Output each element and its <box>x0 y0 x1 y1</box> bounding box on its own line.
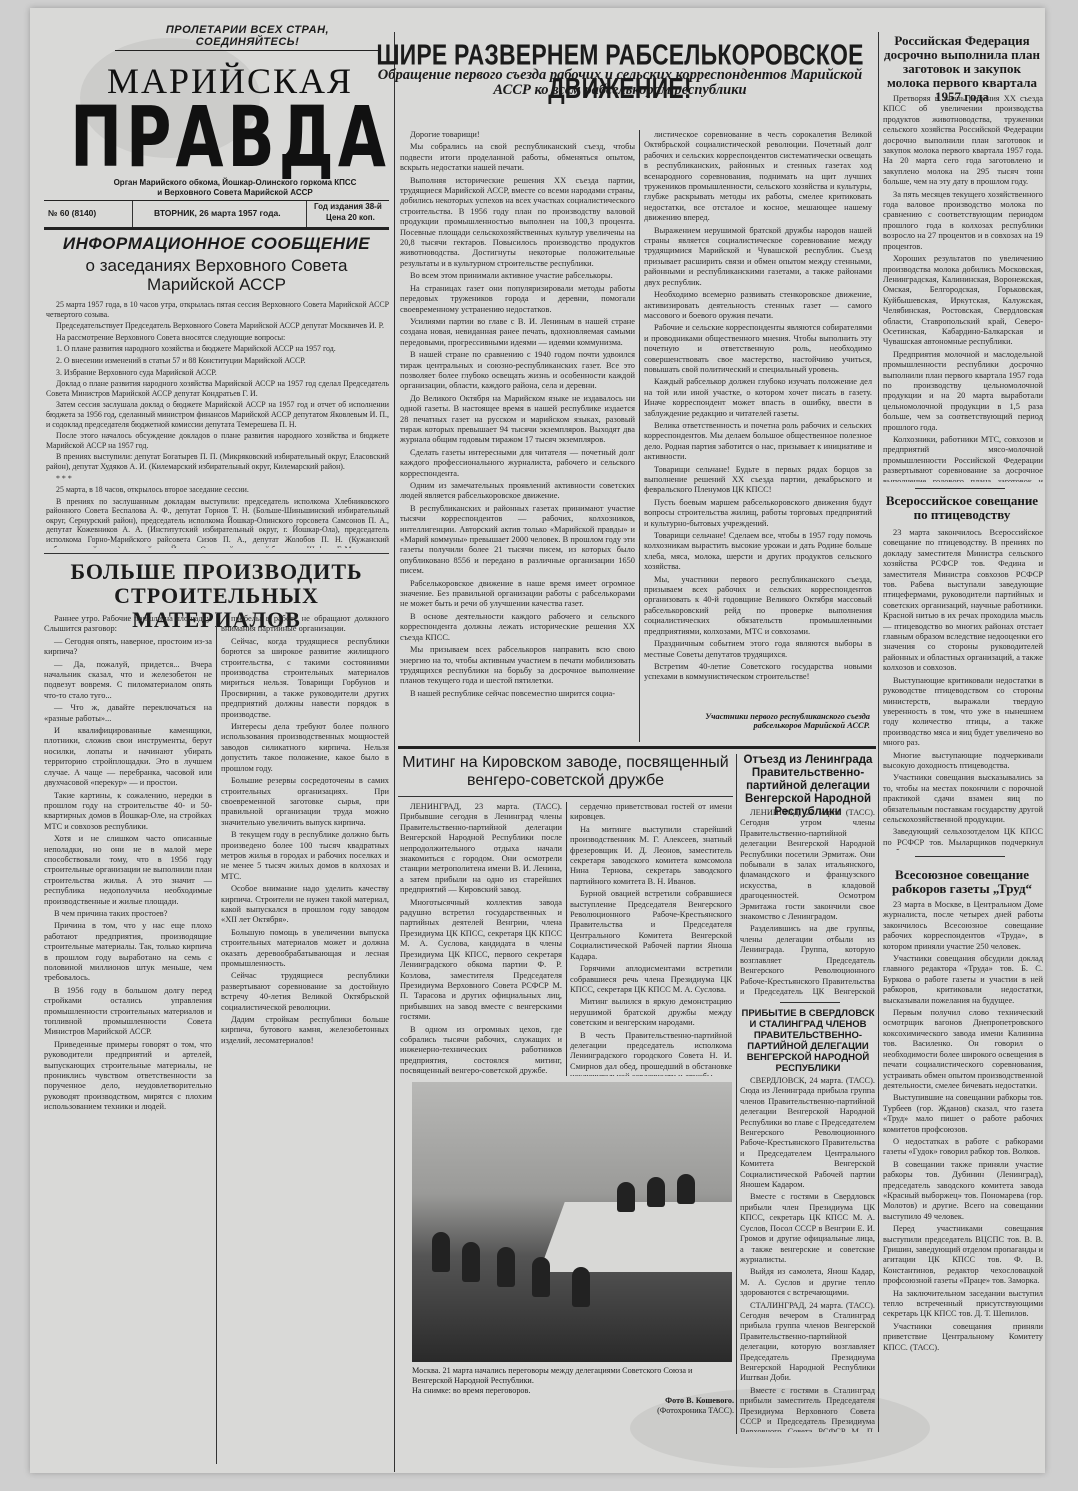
divider <box>398 746 876 749</box>
price: Цена 20 коп. <box>326 213 375 222</box>
divider <box>306 201 307 227</box>
column-rule <box>216 614 217 1464</box>
organ-line2: и Верховного Совета Марийской АССР <box>90 188 380 198</box>
masthead-slogan: ПРОЛЕТАРИИ ВСЕХ СТРАН, СОЕДИНЯЙТЕСЬ! <box>115 24 380 51</box>
article-paragraph: После этого началось обсуждение докладов… <box>46 431 389 450</box>
rabselkor-col2: листическое соревнование в честь сорокал… <box>644 130 872 710</box>
issue-info-bar: № 60 (8140) ВТОРНИК, 26 марта 1957 года.… <box>44 200 389 230</box>
article-paragraph: Праздничным событием этого года являются… <box>644 639 872 660</box>
article-paragraph: Велика ответственность и почетна роль ра… <box>644 421 872 463</box>
photo-figure <box>462 1242 480 1282</box>
poultry-body: 23 марта закончилось Всероссийское совещ… <box>883 528 1043 850</box>
article-paragraph: В совещании также приняли участие рабкор… <box>883 1160 1043 1222</box>
article-paragraph: Большую помощь в увеличении выпуска стро… <box>221 928 389 970</box>
article-paragraph: 2. О внесении изменений в статьи 57 и 88… <box>46 356 389 366</box>
article-paragraph: Товарищи сельчане! Сделаем все, чтобы в … <box>644 531 872 573</box>
article-paragraph: Каждый рабселькор должен глубоко изучать… <box>644 377 872 419</box>
building-col2: пробелы в работе не обращают должного вн… <box>221 614 389 1466</box>
photo-figure <box>497 1247 515 1287</box>
signature-line1: Участники первого республиканского съезд… <box>644 712 870 721</box>
article-paragraph: О недостатках в работе с рабкорами газет… <box>883 1137 1043 1158</box>
article-paragraph: Одним из замечательных проявлений активн… <box>400 481 635 502</box>
photo-credit: Фото В. Кошевого. <box>412 1396 734 1406</box>
rabselkor-subtitle: Обращение первого съезда рабочих и сельс… <box>370 68 870 98</box>
article-paragraph: Во всем этом принимали активное участие … <box>400 271 635 281</box>
article-paragraph: Участники совещания высказывались за то,… <box>883 773 1043 825</box>
article-paragraph: Первым получил слово технический осмотрщ… <box>883 1008 1043 1091</box>
trud-body: 23 марта в Москве, в Центральном Доме жу… <box>883 900 1043 1420</box>
divider <box>915 488 1005 489</box>
info-title: о заседаниях Верховного Совета Марийской… <box>44 256 389 294</box>
kirov-title-line1: Митинг на Кировском заводе, посвященный <box>398 754 733 772</box>
photo-caption: Москва. 21 марта начались переговоры меж… <box>412 1366 734 1416</box>
article-paragraph: Мы призываем всех рабселькоров направить… <box>400 645 635 687</box>
article-paragraph: И квалифицированные каменщики, плотники,… <box>44 726 212 788</box>
article-paragraph: Участники совещания обсудили доклад глав… <box>883 954 1043 1006</box>
trud-title: Всесоюзное совещание рабкоров газеты „Тр… <box>882 868 1042 896</box>
article-paragraph: Причина в том, что у нас еще плохо работ… <box>44 921 212 983</box>
building-col1: Раннее утро. Рабочие пришли на площадку.… <box>44 614 212 1466</box>
photo-figure <box>677 1174 695 1204</box>
article-paragraph: — Что ж, давайте переключаться на «разны… <box>44 703 212 724</box>
article-paragraph: Горячими аплодисментами встретили собрав… <box>570 964 732 995</box>
article-paragraph: СВЕРДЛОВСК, 24 марта. (ТАСС). Сюда из Ле… <box>740 1076 875 1190</box>
caption-line1: Москва. 21 марта начались переговоры меж… <box>412 1366 734 1386</box>
column-rule <box>736 754 737 1434</box>
article-paragraph: Хороших результатов по увеличению произв… <box>883 254 1043 348</box>
article-paragraph: 1. О плане развития народного хозяйства … <box>46 344 389 354</box>
organ-line1: Орган Марийского обкома, Йошкар-Олинског… <box>90 178 380 188</box>
info-body: 25 марта 1957 года, в 10 часов утра, отк… <box>46 300 389 548</box>
article-paragraph: В нашей республике сейчас повсеместно ши… <box>400 689 635 699</box>
article-paragraph: Большие резервы сосредоточены в самих ст… <box>221 776 389 828</box>
article-paragraph: Претворяя в жизнь решения XX съезда КПСС… <box>883 94 1043 188</box>
photo-figure <box>432 1232 450 1272</box>
article-paragraph: На заключительном заседании выступил теп… <box>883 1289 1043 1320</box>
photo-figure <box>647 1177 665 1207</box>
article-paragraph: Предприятия молочной и маслодельной пром… <box>883 350 1043 433</box>
article-paragraph: Заведующий сельхозотделом ЦК КПСС по РСФ… <box>883 827 1043 850</box>
article-paragraph: сердечно приветствовал гостей от имени к… <box>570 802 732 823</box>
signature-line2: рабселькоров Марийской АССР. <box>644 721 870 730</box>
article-paragraph: СТАЛИНГРАД, 24 марта. (ТАСС). Сегодня ве… <box>740 1301 875 1384</box>
article-paragraph: Встретим 40-летие Советского государства… <box>644 662 872 683</box>
article-paragraph: Многие выступающие подчеркивали высокую … <box>883 751 1043 772</box>
article-paragraph: Выйдя из самолета, Янош Кадар, М. А. Сус… <box>740 1267 875 1298</box>
article-paragraph: Председательствует Председатель Верховно… <box>46 321 389 331</box>
article-paragraph: Раннее утро. Рабочие пришли на площадку.… <box>44 614 212 635</box>
building-title-line1: БОЛЬШЕ ПРОИЗВОДИТЬ <box>44 560 389 584</box>
article-paragraph: Особое внимание надо уделить качеству ки… <box>221 884 389 926</box>
article-paragraph: Колхозники, работники МТС, совхозов и пр… <box>883 435 1043 482</box>
article-paragraph: 25 марта 1957 года, в 10 часов утра, отк… <box>46 300 389 319</box>
article-paragraph: ЛЕНИНГРАД, 23 марта. (ТАСС). Прибывшие с… <box>400 802 562 896</box>
article-paragraph: Такие картины, к сожалению, нередки в пр… <box>44 791 212 833</box>
article-paragraph: На рассмотрение Верховного Совета вносят… <box>46 333 389 343</box>
article-paragraph: Выступившие на совещании рабкоры тов. Ту… <box>883 1093 1043 1135</box>
article-paragraph: Хотя и не слишком часто описанные непола… <box>44 834 212 907</box>
article-paragraph: Мы собрались на свой республиканский съе… <box>400 142 635 173</box>
article-paragraph: До Великого Октября на Марийском языке н… <box>400 394 635 446</box>
rabselkor-signature: Участники первого республиканского съезд… <box>644 712 870 730</box>
article-paragraph: Выступающие критиковали недостатки в рук… <box>883 676 1043 749</box>
article-paragraph: В одном из огромных цехов, где собрались… <box>400 1025 562 1076</box>
sverdlovsk-body: СВЕРДЛОВСК, 24 марта. (ТАСС). Сюда из Ле… <box>740 1076 875 1432</box>
masthead-title-line2: ПРАВДА <box>70 96 390 180</box>
article-paragraph: Интересы дела требуют более полного испо… <box>221 722 389 774</box>
year-of-publication: Год издания 38-й <box>314 202 382 211</box>
article-paragraph: Вместе с гостями в Свердловск прибыли чл… <box>740 1192 875 1265</box>
article-paragraph: В текущем году в республике должно быть … <box>221 830 389 882</box>
article-paragraph: Рабочие и сельские корреспонденты являют… <box>644 323 872 375</box>
divider <box>915 856 1005 857</box>
kirov-title-line2: венгеро-советской дружбе <box>398 772 733 790</box>
article-paragraph: ЛЕНИНГРАД, 24 марта. (ТАСС). Сегодня утр… <box>740 808 875 922</box>
article-paragraph: Выполняя исторические решения XX съезда … <box>400 176 635 270</box>
newspaper-page: ПРОЛЕТАРИИ ВСЕХ СТРАН, СОЕДИНЯЙТЕСЬ! МАР… <box>30 8 1045 1473</box>
article-paragraph: В прениях по заслушанным докладам выступ… <box>46 497 389 548</box>
article-paragraph: В чем причина таких простоев? <box>44 909 212 919</box>
kirov-title: Митинг на Кировском заводе, посвященный … <box>398 754 733 790</box>
divider <box>132 201 133 227</box>
photo-credit-agency: (Фотохроника ТАСС). <box>412 1406 734 1416</box>
article-paragraph: На митинге выступили старейший производс… <box>570 825 732 887</box>
photo-figure <box>617 1182 635 1212</box>
leningrad-body: ЛЕНИНГРАД, 24 марта. (ТАСС). Сегодня утр… <box>740 808 875 998</box>
article-paragraph: Сейчас трудящиеся республики развертываю… <box>221 971 389 1013</box>
article-paragraph: В основе деятельности каждого рабочего и… <box>400 612 635 643</box>
article-paragraph: Перед участниками совещания выступили пр… <box>883 1224 1043 1286</box>
article-paragraph: Затем сессия заслушала доклад о бюджете … <box>46 400 389 429</box>
article-paragraph: Доклад о плане развития народного хозяйс… <box>46 379 389 398</box>
article-paragraph: Митинг вылился в яркую демонстрацию неру… <box>570 997 732 1028</box>
article-paragraph: пробелы в работе не обращают должного вн… <box>221 614 389 635</box>
poultry-title: Всероссийское совещание по птицеводству <box>882 494 1042 522</box>
article-paragraph: В республиканских и районных газетах при… <box>400 504 635 577</box>
column-rule <box>639 130 640 742</box>
article-paragraph: 23 марта в Москве, в Центральном Доме жу… <box>883 900 1043 952</box>
photo-table <box>539 1202 732 1272</box>
info-kicker: ИНФОРМАЦИОННОЕ СООБЩЕНИЕ <box>44 234 389 254</box>
photo-figure <box>572 1267 590 1307</box>
milk-body: Претворяя в жизнь решения XX съезда КПСС… <box>883 94 1043 482</box>
article-paragraph: Многотысячный коллектив завода радушно в… <box>400 898 562 1023</box>
sverdlovsk-title: ПРИБЫТИЕ В СВЕРДЛОВСК И СТАЛИНГРАД ЧЛЕНО… <box>740 1008 876 1074</box>
masthead-organ: Орган Марийского обкома, Йошкар-Олинског… <box>90 178 380 198</box>
article-paragraph: * * * <box>46 474 389 484</box>
article-paragraph: На страницах газет они популяризировали … <box>400 284 635 315</box>
article-paragraph: Рабселькоровское движение в наше время и… <box>400 579 635 610</box>
article-paragraph: Участники совещания приняли приветствие … <box>883 1322 1043 1353</box>
article-paragraph: Пусть боевым маршем рабселькоровского дв… <box>644 498 872 529</box>
article-paragraph: В прениях выступили: депутат Богатырев П… <box>46 452 389 471</box>
article-paragraph: За пять месяцев текущего хозяйственного … <box>883 190 1043 252</box>
article-paragraph: Приведенные примеры говорят о том, что р… <box>44 1040 212 1113</box>
article-paragraph: Разделившись на две группы, члены делега… <box>740 924 875 998</box>
article-paragraph: Необходимо всемерно развивать стенкоровс… <box>644 290 872 321</box>
article-paragraph: Сделать газеты интересными для читателя … <box>400 448 635 479</box>
issue-number: № 60 (8140) <box>48 208 96 218</box>
kirov-col1: ЛЕНИНГРАД, 23 марта. (ТАСС). Прибывшие с… <box>400 802 562 1076</box>
article-paragraph: 23 марта закончилось Всероссийское совещ… <box>883 528 1043 674</box>
article-paragraph: — Сегодня опять, наверное, простоим из-з… <box>44 637 212 658</box>
article-paragraph: В 1956 году в большом долгу перед стройк… <box>44 986 212 1038</box>
article-paragraph: Дорогие товарищи! <box>400 130 635 140</box>
article-paragraph: 25 марта, в 18 часов, открылось второе з… <box>46 485 389 495</box>
article-paragraph: Вместе с гостями в Сталинград прибыли за… <box>740 1386 875 1432</box>
photo-figure <box>532 1257 550 1297</box>
news-photo <box>412 1082 732 1362</box>
rabselkor-col1: Дорогие товарищи!Мы собрались на свой ре… <box>400 130 635 742</box>
issue-date: ВТОРНИК, 26 марта 1957 года. <box>154 208 281 218</box>
article-paragraph: Усилиями партии во главе с В. И. Лениным… <box>400 317 635 348</box>
caption-line2: На снимке: во время переговоров. <box>412 1386 734 1396</box>
article-paragraph: Мы, участники первого республиканского с… <box>644 575 872 637</box>
column-rule <box>394 32 395 1472</box>
article-paragraph: 3. Избрание Верховного суда Марийской АС… <box>46 368 389 378</box>
divider <box>780 1002 840 1003</box>
article-paragraph: В нашей стране по сравнению с 1940 годом… <box>400 350 635 392</box>
column-rule <box>566 802 567 1076</box>
divider <box>44 553 389 554</box>
article-paragraph: Дадим стройкам республики больше кирпича… <box>221 1015 389 1046</box>
article-paragraph: Бурной овацией встретили собравшиеся выс… <box>570 889 732 962</box>
article-paragraph: Выражением нерушимой братской дружбы нар… <box>644 226 872 288</box>
divider <box>398 796 733 797</box>
article-paragraph: листическое соревнование в честь сорокал… <box>644 130 872 224</box>
column-rule <box>878 32 879 1432</box>
kirov-col2: сердечно приветствовал гостей от имени к… <box>570 802 732 1076</box>
article-paragraph: Товарищи сельчане! Будьте в первых рядах… <box>644 465 872 496</box>
article-paragraph: В честь Правительственно-партийной делег… <box>570 1031 732 1076</box>
article-paragraph: Сейчас, когда трудящиеся республики борю… <box>221 637 389 720</box>
article-paragraph: — Да, пожалуй, придется... Вчера начальн… <box>44 660 212 702</box>
